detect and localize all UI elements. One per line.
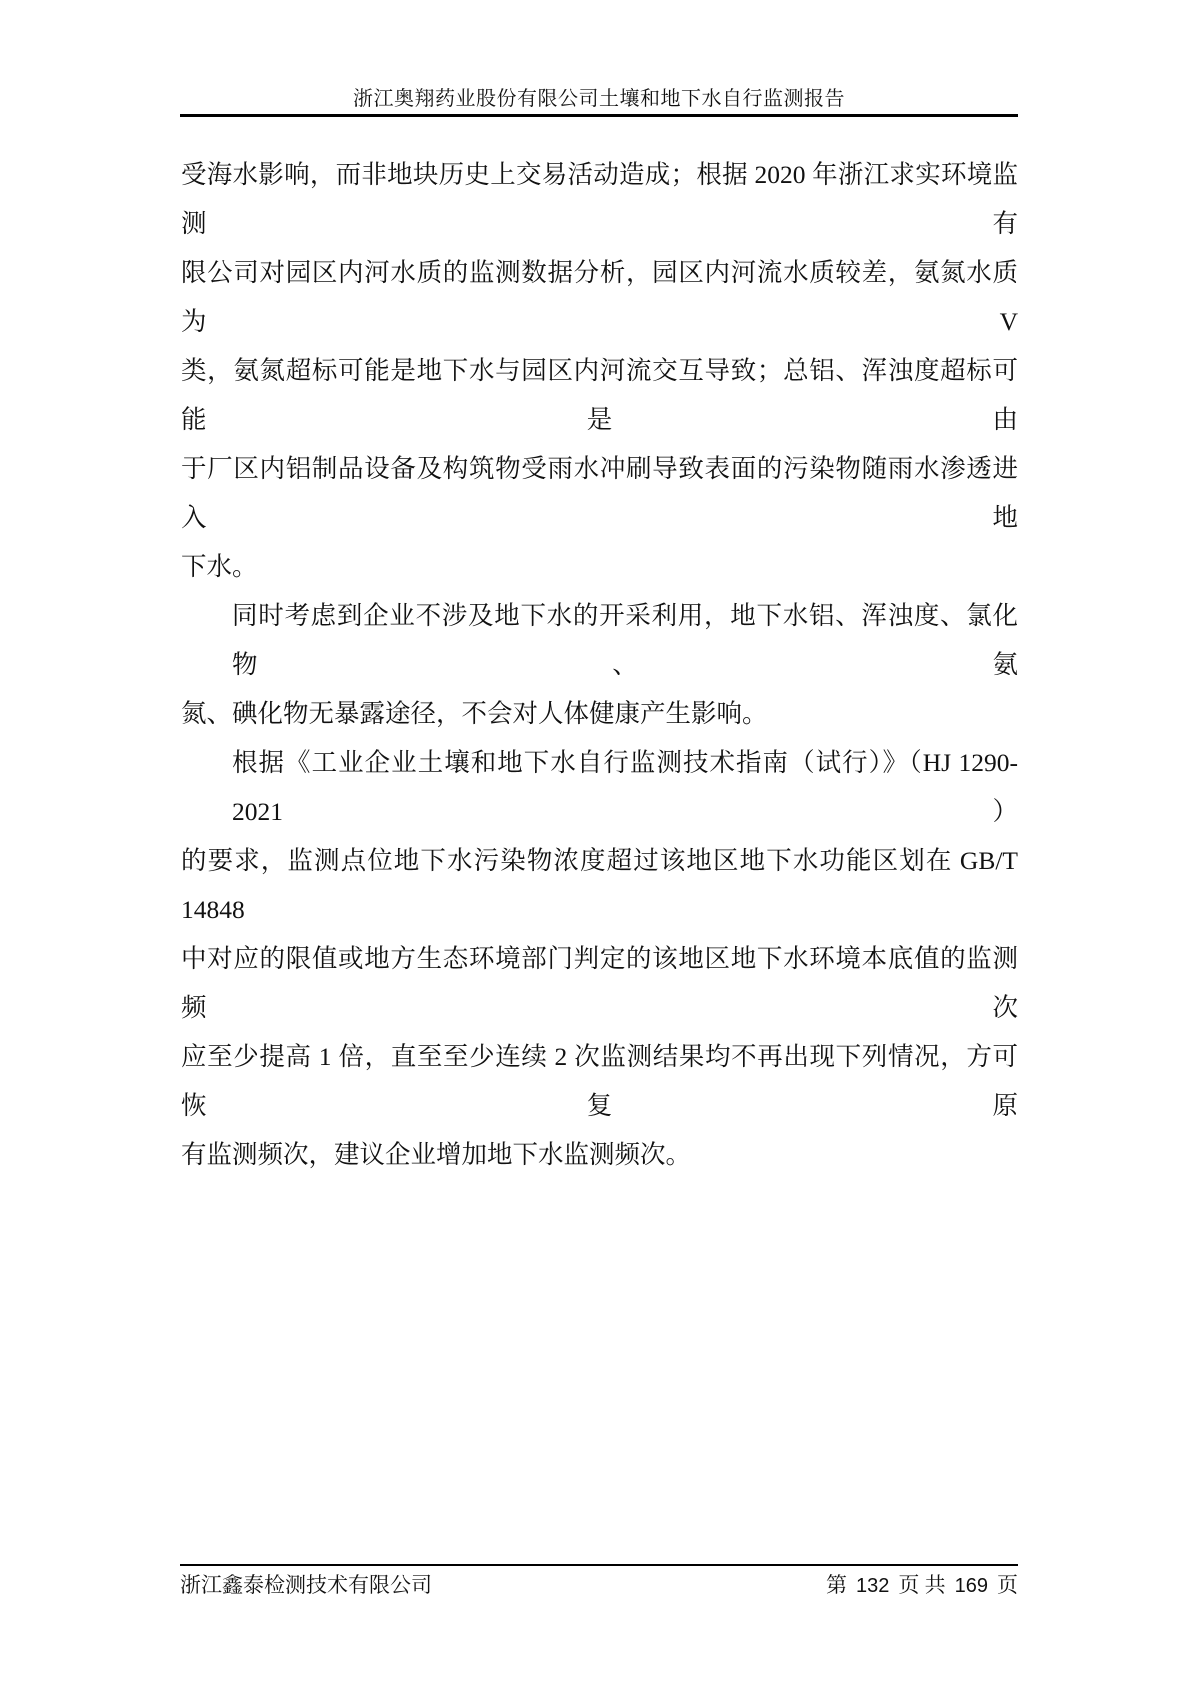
- body-text-line: 中对应的限值或地方生态环境部门判定的该地区地下水环境本底值的监测频次: [181, 934, 1018, 1032]
- body-text-line: 的要求，监测点位地下水污染物浓度超过该地区地下水功能区划在 GB/T 14848: [181, 836, 1018, 934]
- paragraph-2: 同时考虑到企业不涉及地下水的开采利用，地下水铝、浑浊度、氯化物、氨 氮、碘化物无…: [181, 591, 1018, 738]
- footer-total-page-number: 169: [955, 1575, 988, 1598]
- body-text-line: 于厂区内铝制品设备及构筑物受雨水冲刷导致表面的污染物随雨水渗透进入地: [181, 444, 1018, 542]
- header-rule: [180, 114, 1018, 117]
- body-text-line: 下水。: [181, 542, 1018, 591]
- body-text-line: 应至少提高 1 倍，直至至少连续 2 次监测结果均不再出现下列情况，方可恢复原: [181, 1032, 1018, 1130]
- body-text-line: 有监测频次，建议企业增加地下水监测频次。: [181, 1130, 1018, 1179]
- body-text-line: 氮、碘化物无暴露途径，不会对人体健康产生影响。: [181, 689, 1018, 738]
- paragraph-1: 受海水影响，而非地块历史上交易活动造成；根据 2020 年浙江求实环境监测有 限…: [181, 150, 1018, 591]
- body-text-line: 根据《工业企业土壤和地下水自行监测技术指南（试行）》（HJ 1290-2021）: [181, 738, 1018, 836]
- footer-page-suffix: 页: [997, 1569, 1018, 1599]
- footer-page-prefix: 第: [826, 1569, 847, 1599]
- footer-page-indicator: 第 132 页 共 169 页: [826, 1569, 1018, 1599]
- body-text-line: 同时考虑到企业不涉及地下水的开采利用，地下水铝、浑浊度、氯化物、氨: [181, 591, 1018, 689]
- paragraph-3: 根据《工业企业土壤和地下水自行监测技术指南（试行）》（HJ 1290-2021）…: [181, 738, 1018, 1179]
- footer-current-page-number: 132: [856, 1575, 889, 1598]
- page-footer: 浙江鑫泰检测技术有限公司 第 132 页 共 169 页: [180, 1569, 1018, 1599]
- page-header-title: 浙江奥翔药业股份有限公司土壤和地下水自行监测报告: [180, 82, 1018, 111]
- footer-company-name: 浙江鑫泰检测技术有限公司: [180, 1569, 432, 1599]
- footer-rule: [180, 1564, 1018, 1566]
- body-text-line: 类，氨氮超标可能是地下水与园区内河流交互导致；总铝、浑浊度超标可能是由: [181, 346, 1018, 444]
- body-text-line: 受海水影响，而非地块历史上交易活动造成；根据 2020 年浙江求实环境监测有: [181, 150, 1018, 248]
- document-page: 浙江奥翔药业股份有限公司土壤和地下水自行监测报告 受海水影响，而非地块历史上交易…: [0, 0, 1199, 1696]
- body-text-line: 限公司对园区内河水质的监测数据分析，园区内河流水质较差，氨氮水质为 V: [181, 248, 1018, 346]
- footer-page-middle: 页 共: [898, 1569, 945, 1599]
- document-body: 受海水影响，而非地块历史上交易活动造成；根据 2020 年浙江求实环境监测有 限…: [181, 150, 1018, 1179]
